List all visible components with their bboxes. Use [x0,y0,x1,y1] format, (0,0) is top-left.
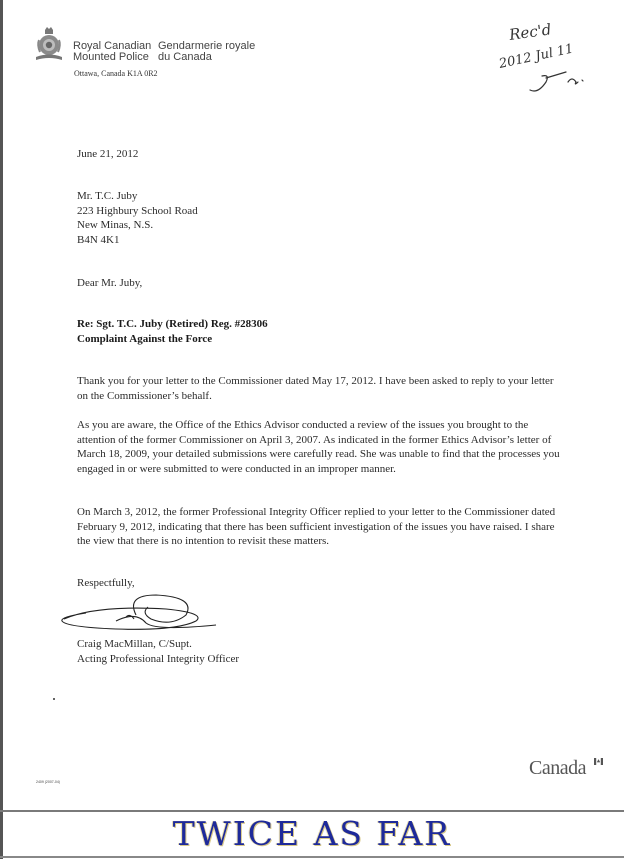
letter-date: June 21, 2012 [77,147,138,162]
subject-title: Complaint Against the Force [77,332,268,347]
org-name-french: Gendarmerie royale du Canada [158,41,255,63]
scan-page-edge [0,0,3,859]
org-en-line2: Mounted Police [73,52,151,63]
recipient-name: Mr. T.C. Juby [77,189,198,204]
banner-edge [0,856,624,858]
org-name-english: Royal Canadian Mounted Police [73,41,151,63]
form-code: 2409 (2007-04) [36,780,60,784]
body-paragraph: On March 3, 2012, the former Professiona… [77,505,567,549]
recipient-postal: B4N 4K1 [77,233,198,248]
banner-text: TWICE AS FAR [173,814,451,853]
svg-text:2012 Jul 11: 2012 Jul 11 [497,42,575,73]
handwritten-received-note: Rec'd 2012 Jul 11 [490,16,610,96]
subject-line: Re: Sgt. T.C. Juby (Retired) Reg. #28306… [77,317,268,346]
org-address: Ottawa, Canada K1A 0R2 [74,69,158,78]
signer-name: Craig MacMillan, C/Supt. [77,637,239,652]
subject-reference: Re: Sgt. T.C. Juby (Retired) Reg. #28306 [77,317,268,332]
signature-scribble [56,591,226,635]
banner: TWICE AS FAR [0,812,624,856]
recipient-street: 223 Highbury School Road [77,204,198,219]
canada-flag-icon [594,758,603,765]
body-paragraph: As you are aware, the Office of the Ethi… [77,418,567,476]
body-paragraph: Thank you for your letter to the Commiss… [77,374,567,403]
rcmp-crest-icon [34,26,64,62]
canada-wordmark: Canada [529,757,586,780]
salutation: Dear Mr. Juby, [77,276,142,291]
svg-text:Rec'd: Rec'd [507,20,552,44]
recipient-city: New Minas, N.S. [77,218,198,233]
org-fr-line2: du Canada [158,52,255,63]
recipient-address: Mr. T.C. Juby 223 Highbury School Road N… [77,189,198,247]
scan-speck [53,698,55,700]
signer-title: Acting Professional Integrity Officer [77,652,239,667]
closing: Respectfully, [77,576,135,591]
signer-block: Craig MacMillan, C/Supt. Acting Professi… [77,637,239,666]
